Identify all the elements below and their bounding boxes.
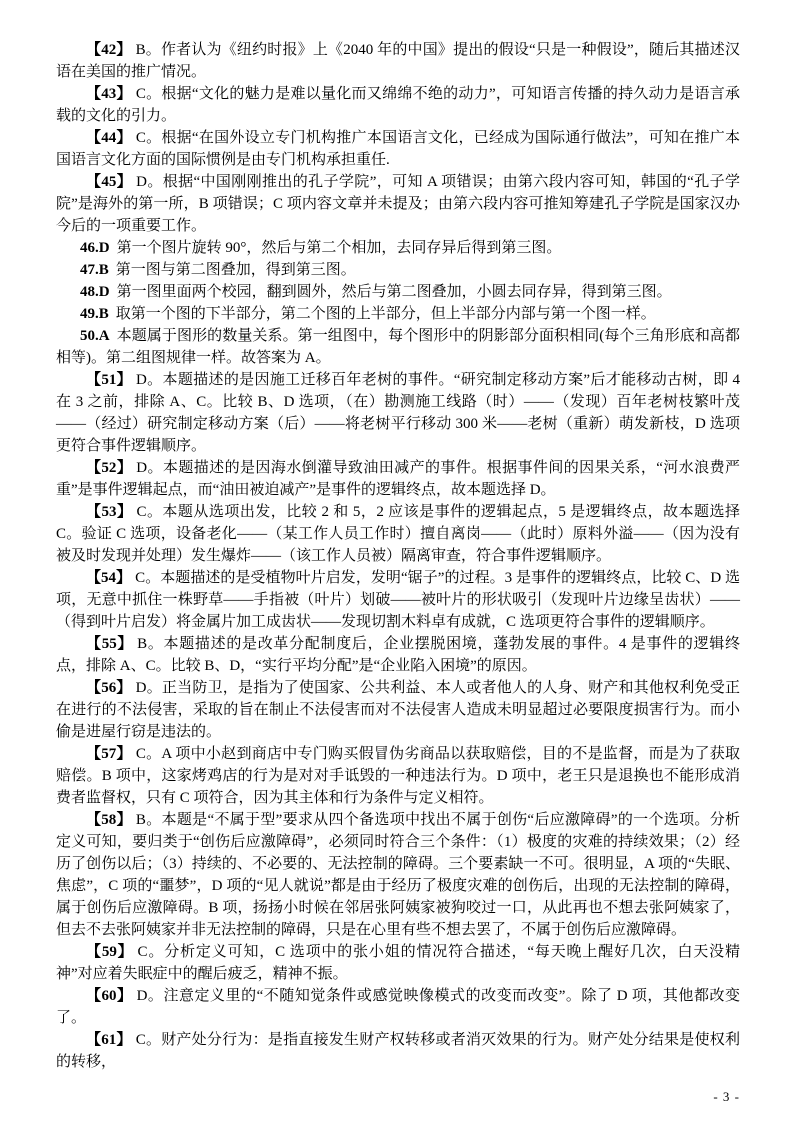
- answer-item-60: 【60】D。注意定义里的“不随知觉条件或感觉映像模式的改变而改变”。除了 D 项…: [56, 985, 740, 1029]
- question-number: 【57】: [86, 746, 132, 762]
- question-number: 46.D: [80, 240, 110, 256]
- answer-text: 第一个图片旋转 90°，然后与第二个相加，去同存异后得到第三图。: [117, 240, 562, 256]
- answer-item-45: 【45】D。根据“中国刚刚推出的孔子学院”，可知 A 项错误；由第六段内容可知，…: [56, 171, 740, 237]
- answer-item-42: 【42】B。作者认为《纽约时报》上《2040 年的中国》提出的假设“只是一种假设…: [56, 39, 740, 83]
- question-number: 【45】: [86, 174, 132, 190]
- answer-text: D。本题描述的是因施工迁移百年老树的事件。“研究制定移动方案”后才能移动古树，即…: [56, 372, 740, 454]
- answer-text: C。本题从选项出发，比较 2 和 5，2 应该是事件的逻辑起点，5 是逻辑终点，…: [56, 504, 740, 564]
- question-number: 【51】: [86, 372, 132, 388]
- answer-item-51: 【51】D。本题描述的是因施工迁移百年老树的事件。“研究制定移动方案”后才能移动…: [56, 369, 740, 457]
- question-number: 47.B: [80, 262, 109, 278]
- answer-text: 第一图与第二图叠加，得到第三图。: [116, 262, 356, 278]
- question-number: 【60】: [86, 988, 133, 1004]
- answer-text: B。作者认为《纽约时报》上《2040 年的中国》提出的假设“只是一种假设”，随后…: [56, 42, 740, 80]
- answer-item-49: 49.B取第一个图的下半部分，第二个图的上半部分，但上半部分内部与第一个图一样。: [56, 303, 740, 325]
- answer-text: C。财产处分行为：是指直接发生财产权转移或者消灭效果的行为。财产处分结果是使权利…: [56, 1032, 740, 1070]
- answer-item-57: 【57】C。A 项中小赵到商店中专门购买假冒伪劣商品以获取赔偿，目的不是监督，而…: [56, 743, 740, 809]
- answer-item-55: 【55】B。本题描述的是改革分配制度后，企业摆脱困境，蓬勃发展的事件。4 是事件…: [56, 633, 740, 677]
- answer-text: C。根据“在国外设立专门机构推广本国语言文化，已经成为国际通行做法”，可知在推广…: [56, 130, 740, 168]
- question-number: 【52】: [86, 460, 132, 476]
- answer-text: B。本题描述的是改革分配制度后，企业摆脱困境，蓬勃发展的事件。4 是事件的逻辑终…: [56, 636, 740, 674]
- answer-item-59: 【59】C。分析定义可知，C 选项中的张小姐的情况符合描述，“每天晚上醒好几次，…: [56, 941, 740, 985]
- question-number: 50.A: [80, 328, 110, 344]
- answer-text: 本题属于图形的数量关系。第一组图中，每个图形中的阴影部分面积相同(每个三角形底和…: [56, 328, 740, 366]
- answer-text: 第一图里面两个校园，翻到圆外，然后与第二图叠加，小圆去同存异，得到第三图。: [117, 284, 672, 300]
- question-number: 【43】: [86, 86, 132, 102]
- answer-explanations: 【42】B。作者认为《纽约时报》上《2040 年的中国》提出的假设“只是一种假设…: [0, 0, 793, 1073]
- answer-text: D。注意定义里的“不随知觉条件或感觉映像模式的改变而改变”。除了 D 项，其他都…: [56, 988, 740, 1026]
- answer-item-58: 【58】B。本题是“不属于型”要求从四个备选项中找出不属于创伤“后应激障碍”的一…: [56, 809, 740, 941]
- question-number: 【59】: [86, 944, 134, 960]
- answer-item-61: 【61】C。财产处分行为：是指直接发生财产权转移或者消灭效果的行为。财产处分结果…: [56, 1029, 740, 1073]
- answer-text: D。本题描述的是因海水倒灌导致油田减产的事件。根据事件间的因果关系，“河水浪费严…: [56, 460, 740, 498]
- answer-item-54: 【54】C。本题描述的是受植物叶片启发，发明“锯子”的过程。3 是事件的逻辑终点…: [56, 567, 740, 633]
- answer-item-56: 【56】D。正当防卫，是指为了使国家、公共利益、本人或者他人的人身、财产和其他权…: [56, 677, 740, 743]
- answer-item-48: 48.D第一图里面两个校园，翻到圆外，然后与第二图叠加，小圆去同存异，得到第三图…: [56, 281, 740, 303]
- question-number: 【56】: [86, 680, 132, 696]
- question-number: 【58】: [86, 812, 132, 828]
- answer-text: C。分析定义可知，C 选项中的张小姐的情况符合描述，“每天晚上醒好几次，白天没精…: [56, 944, 740, 982]
- answer-item-43: 【43】C。根据“文化的魅力是难以量化而又绵绵不绝的动力”，可知语言传播的持久动…: [56, 83, 740, 127]
- question-number: 48.D: [80, 284, 110, 300]
- document-page: 【42】B。作者认为《纽约时报》上《2040 年的中国》提出的假设“只是一种假设…: [0, 0, 793, 1122]
- answer-item-47: 47.B第一图与第二图叠加，得到第三图。: [56, 259, 740, 281]
- answer-text: 取第一个图的下半部分，第二个图的上半部分，但上半部分内部与第一个图一样。: [116, 306, 656, 322]
- answer-item-53: 【53】C。本题从选项出发，比较 2 和 5，2 应该是事件的逻辑起点，5 是逻…: [56, 501, 740, 567]
- answer-item-44: 【44】C。根据“在国外设立专门机构推广本国语言文化，已经成为国际通行做法”，可…: [56, 127, 740, 171]
- question-number: 【55】: [86, 636, 133, 652]
- answer-text: D。正当防卫，是指为了使国家、公共利益、本人或者他人的人身、财产和其他权利免受正…: [56, 680, 740, 740]
- question-number: 【53】: [86, 504, 132, 520]
- answer-item-50: 50.A本题属于图形的数量关系。第一组图中，每个图形中的阴影部分面积相同(每个三…: [56, 325, 740, 369]
- answer-text: C。A 项中小赵到商店中专门购买假冒伪劣商品以获取赔偿，目的不是监督，而是为了获…: [56, 746, 740, 806]
- answer-text: D。根据“中国刚刚推出的孔子学院”，可知 A 项错误；由第六段内容可知，韩国的“…: [56, 174, 740, 234]
- answer-text: C。根据“文化的魅力是难以量化而又绵绵不绝的动力”，可知语言传播的持久动力是语言…: [56, 86, 740, 124]
- answer-item-52: 【52】D。本题描述的是因海水倒灌导致油田减产的事件。根据事件间的因果关系，“河…: [56, 457, 740, 501]
- answer-text: C。本题描述的是受植物叶片启发，发明“锯子”的过程。3 是事件的逻辑终点，比较 …: [56, 570, 740, 630]
- question-number: 【44】: [86, 130, 132, 146]
- question-number: 【54】: [86, 570, 131, 586]
- question-number: 49.B: [80, 306, 109, 322]
- question-number: 【42】: [86, 42, 132, 58]
- page-number: - 3 -: [713, 1089, 740, 1105]
- answer-text: B。本题是“不属于型”要求从四个备选项中找出不属于创伤“后应激障碍”的一个选项。…: [56, 812, 740, 938]
- answer-item-46: 46.D第一个图片旋转 90°，然后与第二个相加，去同存异后得到第三图。: [56, 237, 740, 259]
- question-number: 【61】: [86, 1032, 132, 1048]
